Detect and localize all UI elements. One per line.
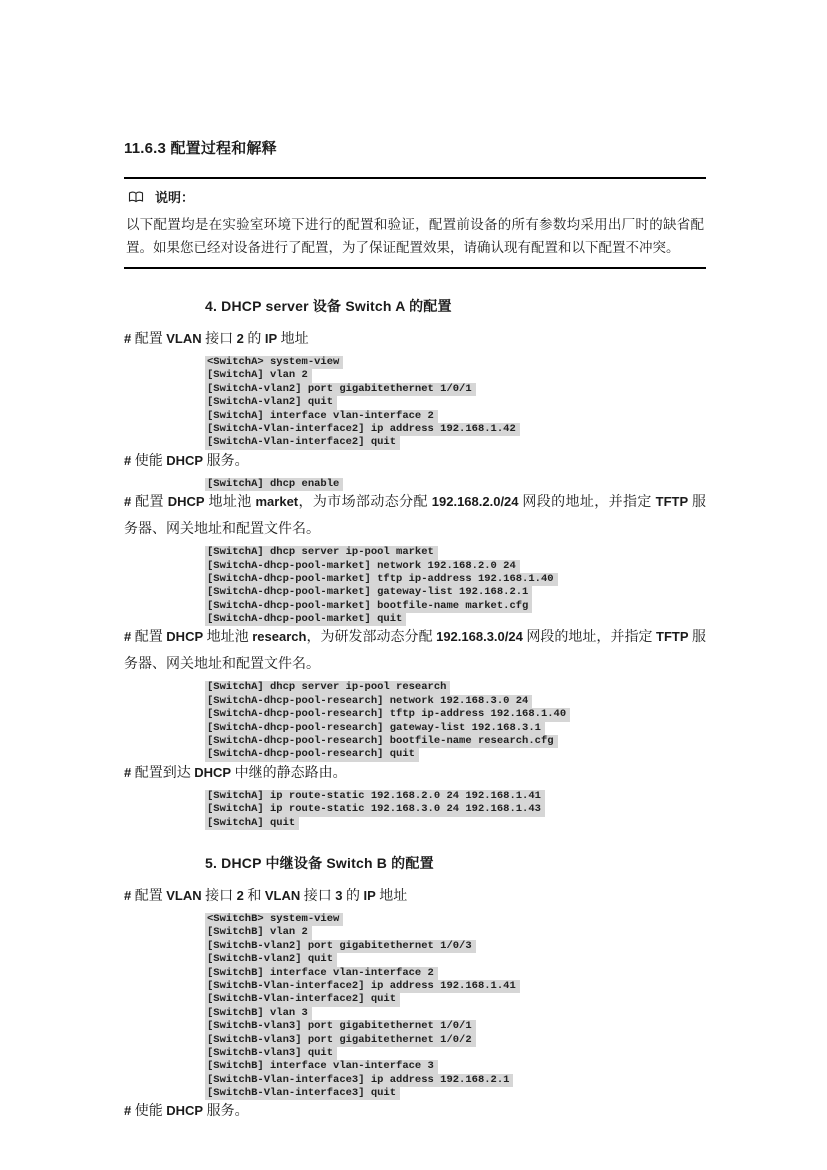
sections-container: 4. DHCP server 设备 Switch A 的配置# 配置 VLAN … <box>124 296 706 1125</box>
code-row: [SwitchA-vlan2] port gigabitethernet 1/0… <box>205 380 706 393</box>
latin-text: VLAN <box>265 888 300 903</box>
latin-text: 192.168.2.0/24 <box>432 494 519 509</box>
latin-text: # <box>124 331 131 346</box>
latin-text: 3 <box>335 888 342 903</box>
latin-text: VLAN <box>166 888 201 903</box>
latin-text: Switch B <box>326 855 387 871</box>
latin-text: VLAN <box>166 331 201 346</box>
config-paragraph: # 配置 VLAN 接口 2 和 VLAN 接口 3 的 IP 地址 <box>124 882 706 910</box>
config-section: 5. DHCP 中继设备 Switch B 的配置# 配置 VLAN 接口 2 … <box>124 853 706 1125</box>
code-row: [SwitchB-vlan2] port gigabitethernet 1/0… <box>205 937 706 950</box>
config-paragraph: # 使能 DHCP 服务。 <box>124 447 706 475</box>
code-row: [SwitchA] dhcp enable <box>205 475 706 488</box>
latin-text: # <box>124 629 131 644</box>
code-row: [SwitchA-dhcp-pool-research] bootfile-na… <box>205 732 706 745</box>
code-row: [SwitchA-dhcp-pool-research] network 192… <box>205 692 706 705</box>
code-row: [SwitchB-vlan3] port gigabitethernet 1/0… <box>205 1031 706 1044</box>
latin-text: DHCP <box>166 629 203 644</box>
latin-text: 11.6.3 <box>124 140 166 157</box>
latin-text: # <box>124 888 131 903</box>
latin-text: TFTP <box>656 494 689 509</box>
note-text: 以下配置均是在实验室环境下进行的配置和验证，配置前设备的所有参数均采用出厂时的缺… <box>126 213 704 259</box>
section-heading: 5. DHCP 中继设备 Switch B 的配置 <box>205 853 706 873</box>
code-row: [SwitchA] ip route-static 192.168.3.0 24… <box>205 800 706 813</box>
code-row: <SwitchB> system-view <box>205 910 706 923</box>
config-paragraph: # 配置 DHCP 地址池 research，为研发部动态分配 192.168.… <box>124 623 706 678</box>
latin-text: # <box>124 1103 131 1118</box>
code-block: [SwitchA] dhcp server ip-pool research[S… <box>205 678 706 758</box>
code-row: <SwitchA> system-view <box>205 353 706 366</box>
latin-text: DHCP <box>166 1103 203 1118</box>
latin-text: research <box>252 629 306 644</box>
latin-text: market <box>255 494 298 509</box>
latin-text: # <box>124 494 131 509</box>
code-row: [SwitchA-dhcp-pool-market] gateway-list … <box>205 583 706 596</box>
code-block: <SwitchA> system-view[SwitchA] vlan 2[Sw… <box>205 353 706 447</box>
latin-text: 2 <box>237 331 244 346</box>
latin-text: DHCP <box>168 494 205 509</box>
page-content: 11.6.3 配置过程和解释 说明： 以下配置均是在实验室环境下进行的配置和验证… <box>124 137 706 1121</box>
code-row: [SwitchA-dhcp-pool-research] gateway-lis… <box>205 719 706 732</box>
document-page: 11.6.3 配置过程和解释 说明： 以下配置均是在实验室环境下进行的配置和验证… <box>0 0 827 1170</box>
latin-text: Switch A <box>345 298 405 314</box>
note-box: 说明： 以下配置均是在实验室环境下进行的配置和验证，配置前设备的所有参数均采用出… <box>124 177 706 269</box>
config-section: 4. DHCP server 设备 Switch A 的配置# 配置 VLAN … <box>124 296 706 827</box>
latin-text: DHCP <box>166 453 203 468</box>
page-title: 11.6.3 配置过程和解释 <box>124 137 706 158</box>
code-row: [SwitchA-Vlan-interface2] ip address 192… <box>205 420 706 433</box>
latin-text: 192.168.3.0/24 <box>436 629 523 644</box>
note-header: 说明： <box>128 187 704 206</box>
book-icon <box>128 191 144 203</box>
code-block: <SwitchB> system-view[SwitchB] vlan 2[Sw… <box>205 910 706 1097</box>
code-row: [SwitchB-Vlan-interface2] ip address 192… <box>205 977 706 990</box>
code-row: [SwitchB-Vlan-interface3] ip address 192… <box>205 1071 706 1084</box>
config-paragraph: # 配置 DHCP 地址池 market，为市场部动态分配 192.168.2.… <box>124 488 706 543</box>
latin-text: 5. DHCP <box>205 855 261 871</box>
code-row: [SwitchB] vlan 2 <box>205 923 706 936</box>
latin-text: TFTP <box>656 629 689 644</box>
latin-text: 2 <box>237 888 244 903</box>
note-label: 说明： <box>155 187 194 206</box>
code-row: [SwitchB] interface vlan-interface 3 <box>205 1057 706 1070</box>
code-row: [SwitchB] interface vlan-interface 2 <box>205 964 706 977</box>
code-row: [SwitchA-dhcp-pool-market] bootfile-name… <box>205 597 706 610</box>
code-row: [SwitchB] vlan 3 <box>205 1004 706 1017</box>
latin-text: IP <box>265 331 277 346</box>
code-row: [SwitchA] vlan 2 <box>205 366 706 379</box>
code-block: [SwitchA] dhcp server ip-pool market[Swi… <box>205 543 706 623</box>
code-row: [SwitchA-dhcp-pool-market] network 192.1… <box>205 557 706 570</box>
latin-text: DHCP <box>194 765 231 780</box>
config-paragraph: # 使能 DHCP 服务。 <box>124 1097 706 1125</box>
section-heading: 4. DHCP server 设备 Switch A 的配置 <box>205 296 706 316</box>
code-block: [SwitchA] dhcp enable <box>205 475 706 488</box>
code-row: [SwitchB-vlan3] port gigabitethernet 1/0… <box>205 1017 706 1030</box>
latin-text: IP <box>363 888 375 903</box>
latin-text: # <box>124 765 131 780</box>
code-row: [SwitchA] dhcp server ip-pool research <box>205 678 706 691</box>
code-row: [SwitchA] ip route-static 192.168.2.0 24… <box>205 787 706 800</box>
config-paragraph: # 配置到达 DHCP 中继的静态路由。 <box>124 759 706 787</box>
config-paragraph: # 配置 VLAN 接口 2 的 IP 地址 <box>124 325 706 353</box>
code-line: [SwitchA] quit <box>205 817 299 830</box>
code-block: [SwitchA] ip route-static 192.168.2.0 24… <box>205 787 706 827</box>
code-row: [SwitchA-dhcp-pool-market] tftp ip-addre… <box>205 570 706 583</box>
code-row: [SwitchA] interface vlan-interface 2 <box>205 407 706 420</box>
latin-text: 4. DHCP server <box>205 298 309 314</box>
code-row: [SwitchA-dhcp-pool-research] tftp ip-add… <box>205 705 706 718</box>
code-row: [SwitchA] dhcp server ip-pool market <box>205 543 706 556</box>
latin-text: # <box>124 453 131 468</box>
